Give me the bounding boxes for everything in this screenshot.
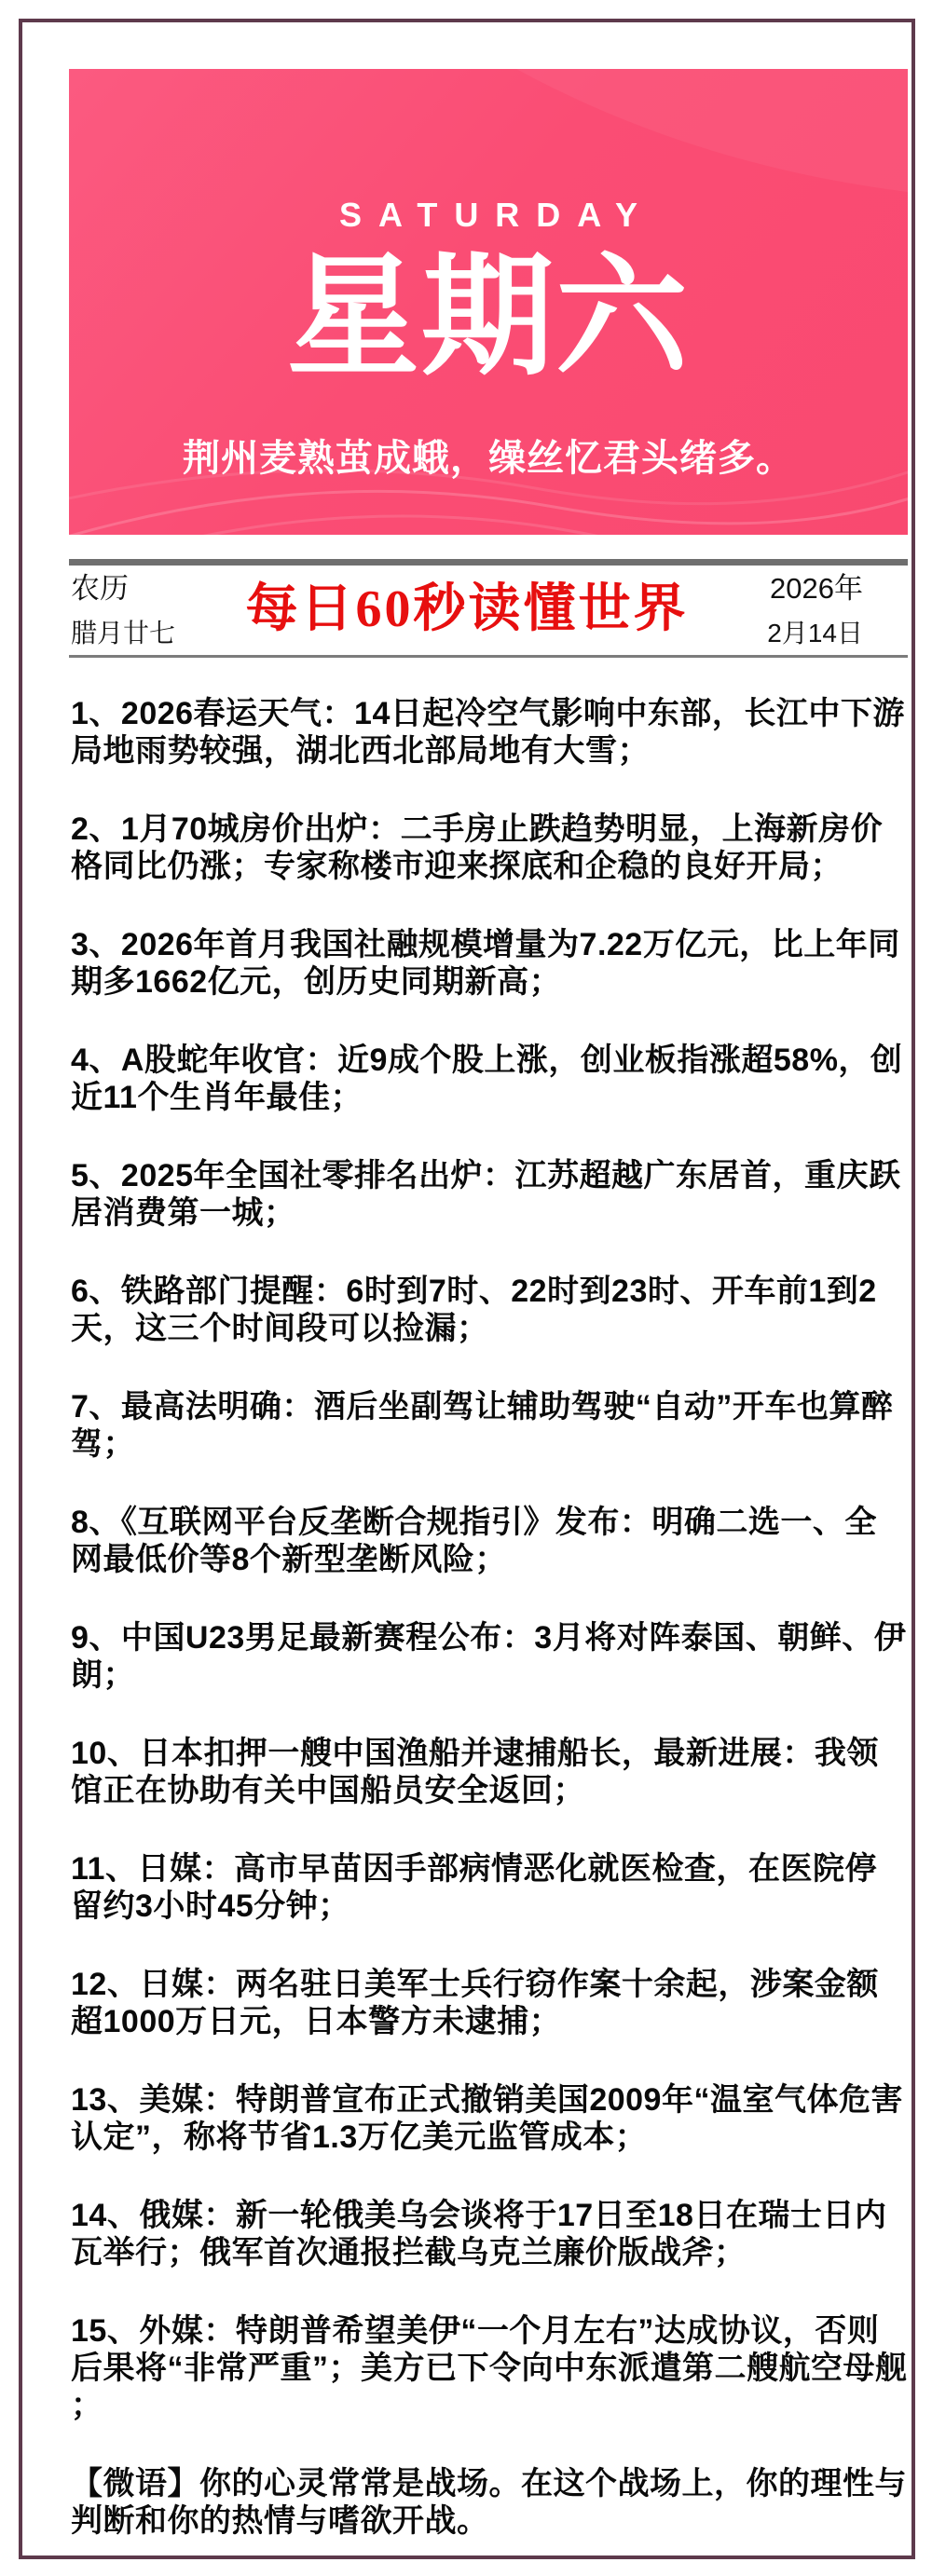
year-label: 2026年 [767, 570, 863, 607]
news-item: 10、日本扣押一艘中国渔船并逮捕船长，最新进展：我领馆正在协助有关中国船员安全返… [71, 1735, 908, 1809]
divider-thin [69, 655, 908, 658]
poem-line: 荆州麦熟茧成蛾，缲丝忆君头绪多。 [69, 429, 908, 482]
news-item: 12、日媒：两名驻日美军士兵行窃作案十余起，涉案金额超1000万日元，日本警方未… [71, 1966, 908, 2040]
news-item: 4、A股蛇年收官：近9成个股上涨，创业板指涨超58%，创近11个生肖年最佳； [71, 1042, 908, 1116]
news-item: 14、俄媒：新一轮俄美乌会谈将于17日至18日在瑞士日内瓦举行；俄军首次通报拦截… [71, 2197, 908, 2271]
weekday-english: SATURDAY [69, 196, 908, 235]
divider-thick [69, 559, 908, 566]
news-list: 1、2026春运天气：14日起冷空气影响中东部，长江中下游局地雨势较强，湖北西北… [71, 695, 908, 2540]
gregorian-date-block: 2026年 2月14日 [767, 570, 863, 652]
news-item: 3、2026年首月我国社融规模增量为7.22万亿元，比上年同期多1662亿元，创… [71, 926, 908, 1001]
news-item: 1、2026春运天气：14日起冷空气影响中东部，长江中下游局地雨势较强，湖北西北… [71, 695, 908, 770]
news-item: 7、最高法明确：酒后坐副驾让辅助驾驶“自动”开车也算醉驾； [71, 1388, 908, 1463]
news-item: 11、日媒：高市早苗因手部病情恶化就医检查，在医院停留约3小时45分钟； [71, 1850, 908, 1925]
date-label: 2月14日 [767, 615, 863, 652]
news-item: 9、中国U23男足最新赛程公布：3月将对阵泰国、朝鲜、伊朗； [71, 1619, 908, 1694]
lunar-calendar-block: 农历 腊月廿七 [71, 570, 175, 652]
lunar-date: 腊月廿七 [71, 615, 175, 652]
page-border-frame: SATURDAY 星期六 荆州麦熟茧成蛾，缲丝忆君头绪多。 农历 腊月廿七 每日… [19, 19, 915, 2559]
news-item: 13、美媒：特朗普宣布正式撤销美国2009年“温室气体危害认定”，称将节省1.3… [71, 2081, 908, 2156]
news-item: 2、1月70城房价出炉：二手房止跌趋势明显，上海新房价格同比仍涨；专家称楼市迎来… [71, 811, 908, 885]
daily-quote: 【微语】你的心灵常常是战场。在这个战场上，你的理性与判断和你的热情与嗜欲开战。 [71, 2465, 908, 2540]
news-item: 8、《互联网平台反垄断合规指引》发布：明确二选一、全网最低价等8个新型垄断风险； [71, 1504, 908, 1578]
weekday-banner: SATURDAY 星期六 荆州麦熟茧成蛾，缲丝忆君头绪多。 [69, 69, 908, 535]
daily-digest-title: 每日60秒读懂世界 [209, 574, 725, 645]
weekday-chinese: 星期六 [69, 248, 908, 388]
news-item: 15、外媒：特朗普希望美伊“一个月左右”达成协议，否则后果将“非常严重”；美方已… [71, 2312, 908, 2424]
news-item: 6、铁路部门提醒：6时到7时、22时到23时、开车前1到2天，这三个时间段可以捡… [71, 1273, 908, 1347]
lunar-label: 农历 [71, 570, 175, 607]
news-item: 5、2025年全国社零排名出炉：江苏超越广东居首，重庆跃居消费第一城； [71, 1157, 908, 1232]
